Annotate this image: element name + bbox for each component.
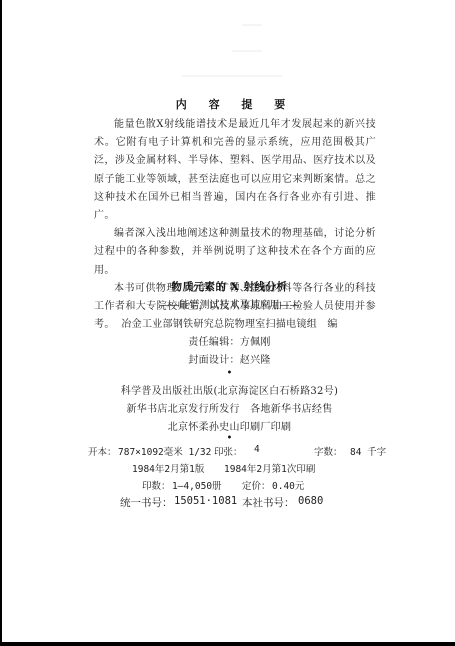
format-label: 开本：: [88, 444, 117, 458]
separator-dot: •: [2, 368, 455, 379]
printer-line: 北京怀柔孙史山印刷厂印刷: [2, 418, 455, 433]
abstract-title: 内 容 提 要: [94, 96, 376, 112]
sheets-value: 4: [254, 444, 260, 455]
responsible-editor: 责任编辑：方佩刚: [2, 333, 455, 348]
abstract-paragraph: 编者深入浅出地阐述这种测量技术的物理基础，讨论分析过程中的各种参数，并举例说明了…: [94, 225, 376, 280]
format-value: 787×1092毫米 1/32: [118, 444, 211, 458]
sheets-label: 印张：: [214, 444, 243, 458]
distributor-line: 新华书店北京发行所发行 各地新华书店经售: [2, 400, 455, 415]
price-value: 0.40元: [272, 478, 304, 492]
print-run-label: 印数：: [142, 478, 171, 492]
faint-scan-marks: [172, 20, 292, 90]
abstract-paragraph: 能量色散X射线能谱技术是最近几年才发展起来的新兴技术。它附有电子计算机和完善的显…: [94, 116, 376, 225]
edition-text: 1984年2月第1版: [132, 461, 204, 475]
unified-isbn-label: 统一书号：: [120, 495, 173, 510]
words-label: 字数：: [314, 444, 343, 458]
publisher-line: 科学普及出版社出版(北京海淀区白石桥路32号): [2, 382, 455, 397]
price-label: 定价：: [242, 478, 271, 492]
printing-text: 1984年2月第1次印刷: [224, 461, 315, 475]
book-subtitle: ——能谱测试技术及其应用——: [2, 296, 455, 311]
editor-credit: 冶金工业部钢铁研究总院物理室扫描电镜组 编: [2, 315, 455, 330]
separator-dot: •: [2, 433, 455, 444]
words-value: 84 千字: [350, 444, 386, 458]
house-number-value: 0680: [298, 495, 323, 507]
scanned-page: 内 容 提 要 能量色散X射线能谱技术是最近几年才发展起来的新兴技术。它附有电子…: [0, 0, 455, 646]
unified-isbn-value: 15051·1081: [174, 495, 237, 507]
book-title: 物质元素的 X 射线分析: [2, 279, 455, 294]
cover-design-credit: 封面设计：赵兴隆: [2, 351, 455, 366]
print-run-value: 1—4,050册: [172, 478, 222, 492]
house-number-label: 本社书号：: [242, 495, 295, 510]
